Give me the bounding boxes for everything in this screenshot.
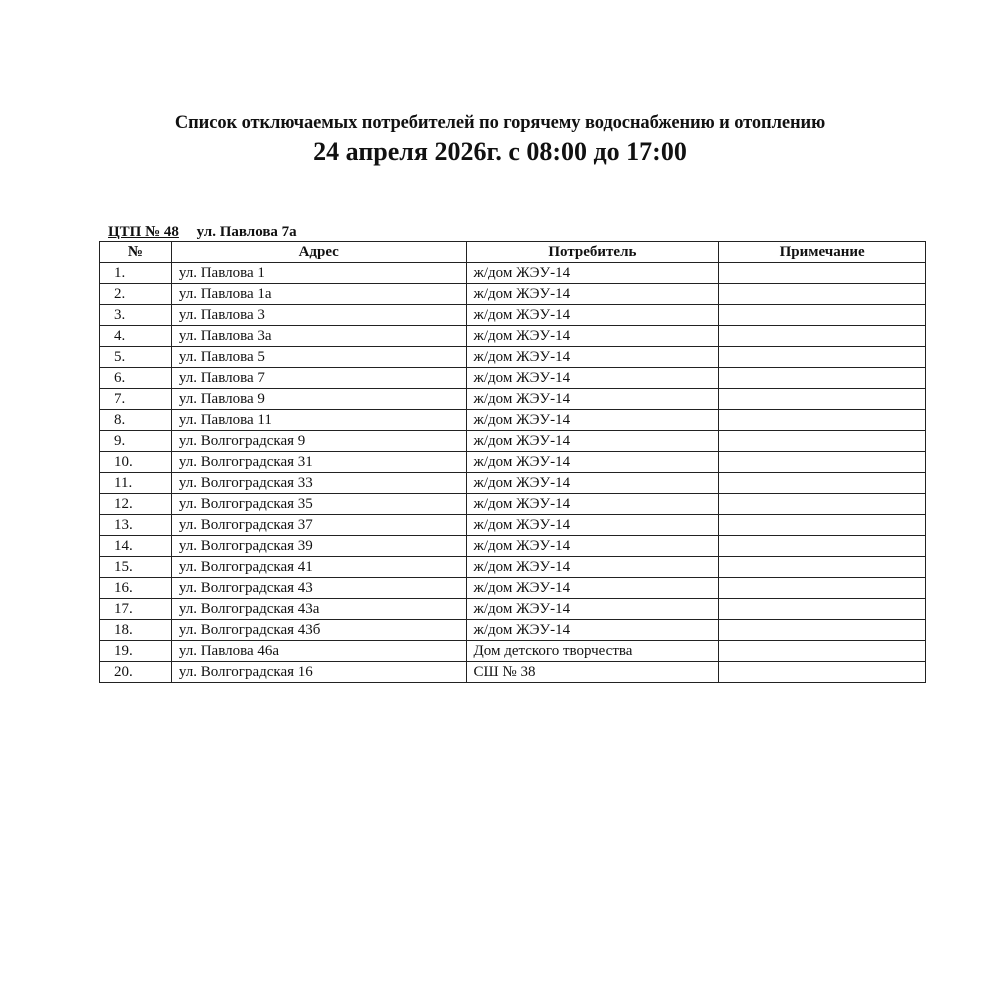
table-row: 16.ул. Волгоградская 43ж/дом ЖЭУ-14 [100,578,926,599]
ctp-address: ул. Павлова 7а [197,224,297,240]
table-row: 15.ул. Волгоградская 41ж/дом ЖЭУ-14 [100,557,926,578]
row-number: 7. [100,389,172,410]
row-consumer: ж/дом ЖЭУ-14 [466,431,719,452]
row-note [719,578,926,599]
row-address: ул. Павлова 3а [171,326,466,347]
row-number: 16. [100,578,172,599]
row-address: ул. Волгоградская 37 [171,515,466,536]
table-row: 1.ул. Павлова 1ж/дом ЖЭУ-14 [100,263,926,284]
header-note: Примечание [719,242,926,263]
row-note [719,662,926,683]
row-number: 10. [100,452,172,473]
row-consumer: ж/дом ЖЭУ-14 [466,557,719,578]
table-row: 20.ул. Волгоградская 16СШ № 38 [100,662,926,683]
table-row: 2.ул. Павлова 1аж/дом ЖЭУ-14 [100,284,926,305]
row-consumer: СШ № 38 [466,662,719,683]
row-note [719,368,926,389]
row-number: 4. [100,326,172,347]
header-consumer: Потребитель [466,242,719,263]
row-note [719,536,926,557]
row-consumer: ж/дом ЖЭУ-14 [466,620,719,641]
table-row: 7.ул. Павлова 9ж/дом ЖЭУ-14 [100,389,926,410]
row-number: 19. [100,641,172,662]
row-note [719,599,926,620]
row-address: ул. Павлова 1а [171,284,466,305]
table-row: 8.ул. Павлова 11ж/дом ЖЭУ-14 [100,410,926,431]
row-note [719,515,926,536]
row-consumer: ж/дом ЖЭУ-14 [466,536,719,557]
row-address: ул. Волгоградская 33 [171,473,466,494]
row-address: ул. Волгоградская 16 [171,662,466,683]
row-note [719,305,926,326]
table-row: 19.ул. Павлова 46а Дом детского творчест… [100,641,926,662]
row-consumer: ж/дом ЖЭУ-14 [466,347,719,368]
row-consumer: ж/дом ЖЭУ-14 [466,578,719,599]
row-consumer: ж/дом ЖЭУ-14 [466,326,719,347]
row-address: ул. Павлова 1 [171,263,466,284]
row-address: ул. Павлова 9 [171,389,466,410]
row-consumer: ж/дом ЖЭУ-14 [466,263,719,284]
table-row: 17.ул. Волгоградская 43аж/дом ЖЭУ-14 [100,599,926,620]
row-consumer: ж/дом ЖЭУ-14 [466,410,719,431]
header-address: Адрес [171,242,466,263]
row-consumer: ж/дом ЖЭУ-14 [466,389,719,410]
row-consumer: ж/дом ЖЭУ-14 [466,599,719,620]
row-consumer: Дом детского творчества [466,641,719,662]
row-address: ул. Волгоградская 43 [171,578,466,599]
table-row: 10.ул. Волгоградская 31ж/дом ЖЭУ-14 [100,452,926,473]
table-row: 9.ул. Волгоградская 9ж/дом ЖЭУ-14 [100,431,926,452]
row-number: 15. [100,557,172,578]
row-address: ул. Павлова 5 [171,347,466,368]
table-row: 18.ул. Волгоградская 43бж/дом ЖЭУ-14 [100,620,926,641]
table-row: 4.ул. Павлова 3аж/дом ЖЭУ-14 [100,326,926,347]
row-note [719,284,926,305]
row-number: 17. [100,599,172,620]
row-note [719,263,926,284]
row-number: 11. [100,473,172,494]
table-header-row: № Адрес Потребитель Примечание [100,242,926,263]
table-row: 11.ул. Волгоградская 33ж/дом ЖЭУ-14 [100,473,926,494]
row-note [719,473,926,494]
row-address: ул. Волгоградская 31 [171,452,466,473]
table-row: 5.ул. Павлова 5ж/дом ЖЭУ-14 [100,347,926,368]
row-address: ул. Волгоградская 35 [171,494,466,515]
consumers-table: № Адрес Потребитель Примечание 1.ул. Пав… [99,241,926,683]
row-consumer: ж/дом ЖЭУ-14 [466,305,719,326]
row-note [719,431,926,452]
row-address: ул. Волгоградская 9 [171,431,466,452]
ctp-number: ЦТП № 48 [108,224,179,240]
row-note [719,620,926,641]
row-number: 13. [100,515,172,536]
table-row: 13.ул. Волгоградская 37ж/дом ЖЭУ-14 [100,515,926,536]
row-number: 5. [100,347,172,368]
row-note [719,326,926,347]
row-consumer: ж/дом ЖЭУ-14 [466,515,719,536]
row-consumer: ж/дом ЖЭУ-14 [466,368,719,389]
row-consumer: ж/дом ЖЭУ-14 [466,452,719,473]
row-number: 1. [100,263,172,284]
row-note [719,641,926,662]
document-date-range: 24 апреля 2026г. с 08:00 до 17:00 [0,137,1000,167]
row-consumer: ж/дом ЖЭУ-14 [466,284,719,305]
table-row: 14.ул. Волгоградская 39ж/дом ЖЭУ-14 [100,536,926,557]
row-number: 6. [100,368,172,389]
row-note [719,452,926,473]
row-number: 12. [100,494,172,515]
row-number: 18. [100,620,172,641]
row-note [719,557,926,578]
document-title: Список отключаемых потребителей по горяч… [0,113,1000,134]
row-number: 3. [100,305,172,326]
row-address: ул. Волгоградская 41 [171,557,466,578]
row-consumer: ж/дом ЖЭУ-14 [466,494,719,515]
row-address: ул. Волгоградская 43б [171,620,466,641]
row-number: 2. [100,284,172,305]
row-number: 14. [100,536,172,557]
row-address: ул. Павлова 46а [171,641,466,662]
row-number: 8. [100,410,172,431]
row-number: 9. [100,431,172,452]
table-row: 12.ул. Волгоградская 35ж/дом ЖЭУ-14 [100,494,926,515]
header-number: № [100,242,172,263]
row-note [719,389,926,410]
row-address: ул. Волгоградская 43а [171,599,466,620]
row-address: ул. Волгоградская 39 [171,536,466,557]
row-consumer: ж/дом ЖЭУ-14 [466,473,719,494]
table-row: 3.ул. Павлова 3ж/дом ЖЭУ-14 [100,305,926,326]
row-address: ул. Павлова 7 [171,368,466,389]
row-note [719,347,926,368]
ctp-heading: ЦТП № 48 ул. Павлова 7а [108,224,297,241]
table-row: 6.ул. Павлова 7ж/дом ЖЭУ-14 [100,368,926,389]
row-address: ул. Павлова 11 [171,410,466,431]
row-note [719,410,926,431]
row-number: 20. [100,662,172,683]
row-address: ул. Павлова 3 [171,305,466,326]
row-note [719,494,926,515]
